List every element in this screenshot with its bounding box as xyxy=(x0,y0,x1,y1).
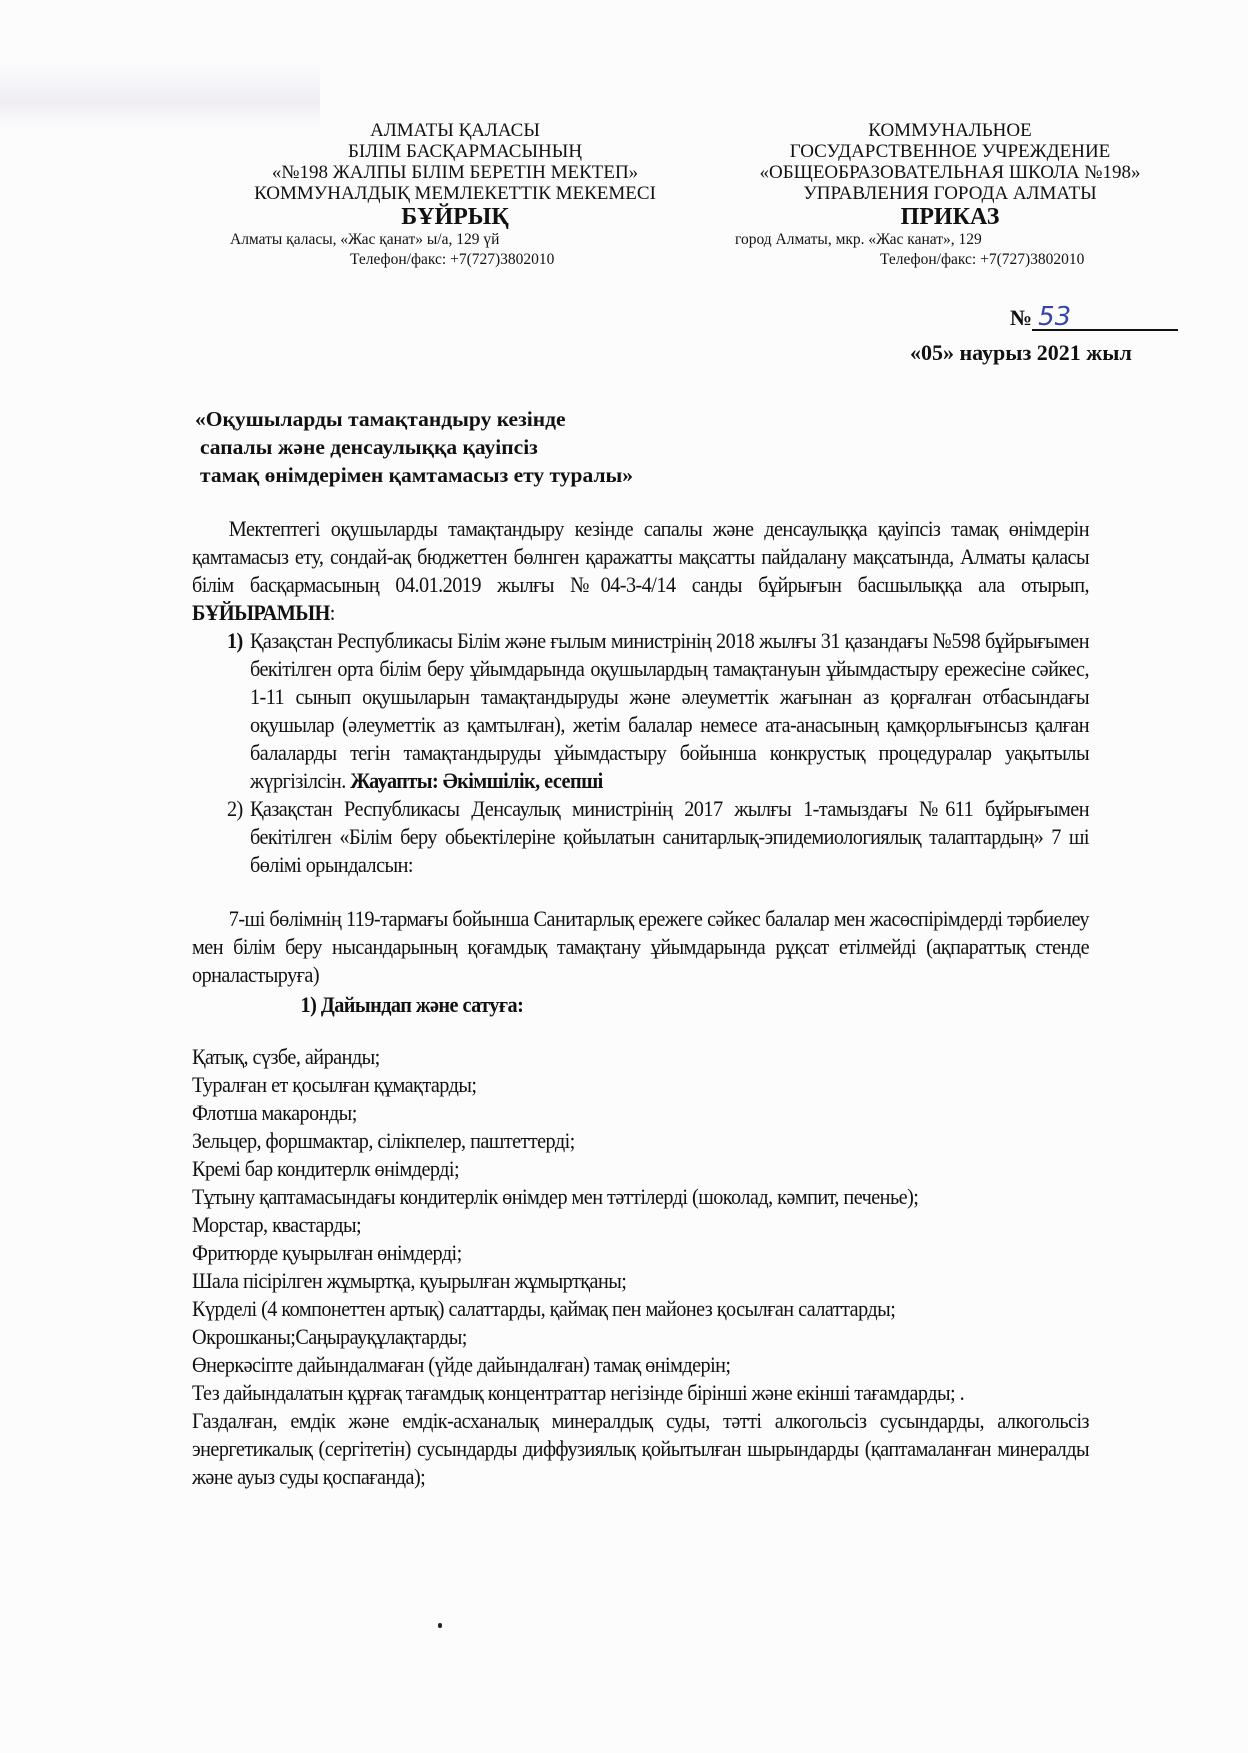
scan-speck xyxy=(438,1623,442,1628)
header-line: БІЛІМ БАСҚАРМАСЫНЫҢ xyxy=(215,141,695,162)
header-kazakh: АЛМАТЫ ҚАЛАСЫ БІЛІМ БАСҚАРМАСЫНЫҢ «№198 … xyxy=(215,120,695,270)
list-item: Тұтыну қаптамасындағы кондитерлік өнімде… xyxy=(192,1183,1089,1211)
command-word: БҰЙЫРАМЫН xyxy=(192,600,330,625)
item-text: Қазақстан Республикасы Денсаулық министр… xyxy=(250,796,1089,877)
address-kz: Алматы қаласы, «Жас қанат» ы/а, 129 үй xyxy=(215,230,695,250)
list-item: Газдалған, емдік және емдік-асханалық ми… xyxy=(192,1407,1089,1491)
list-item: Окрошканы;Саңырауқұлақтарды; xyxy=(192,1323,1089,1351)
phone-ru: Телефон/факс: +7(727)3802010 xyxy=(730,250,1170,270)
list-item: Күрделі (4 компонеттен артық) салаттарды… xyxy=(192,1295,1089,1323)
header-line: КОММУНАЛЬНОЕ xyxy=(730,120,1170,141)
list-item: Тез дайындалатын құрғақ тағамдық концент… xyxy=(192,1379,1089,1407)
list-item: Фритюрде қуырылған өнімдерді; xyxy=(192,1239,1089,1267)
address-ru: город Алматы, мкр. «Жас канат», 129 xyxy=(730,230,1170,250)
list-item: Өнеркәсіпте дайындалмаған (үйде дайындал… xyxy=(192,1351,1089,1379)
header-line: КОММУНАЛДЫҚ МЕМЛЕКЕТТІК МЕКЕМЕСІ xyxy=(215,183,695,204)
list-item: Шала пісірілген жұмыртқа, қуырылған жұмы… xyxy=(192,1267,1089,1295)
order-item-2: 2)Қазақстан Республикасы Денсаулық минис… xyxy=(192,795,1089,879)
sub-heading: 1) Дайындап және сатуға: xyxy=(192,991,1089,1019)
item-number: 1) xyxy=(227,627,243,655)
list-item: Морстар, квастарды; xyxy=(192,1211,1089,1239)
order-word-kz: БҰЙРЫҚ xyxy=(215,204,695,230)
list-item: Туралған ет қосылған құмақтарды; xyxy=(192,1071,1089,1099)
number-label: № xyxy=(1010,305,1032,330)
list-item: Кремі бар кондитерлк өнімдерді; xyxy=(192,1155,1089,1183)
header-line: «№198 ЖАЛПЫ БІЛІМ БЕРЕТІН МЕКТЕП» xyxy=(215,162,695,183)
preamble: Мектептегі оқушыларды тамақтандыру кезін… xyxy=(192,515,1089,627)
header-line: УПРАВЛЕНИЯ ГОРОДА АЛМАТЫ xyxy=(730,183,1170,204)
item-number: 2) xyxy=(227,795,243,823)
phone-kz: Телефон/факс: +7(727)3802010 xyxy=(215,250,695,270)
handwritten-number: 53 xyxy=(1032,305,1178,331)
list-item: Қатық, сүзбе, айранды; xyxy=(192,1043,1089,1071)
header-line: «ОБЩЕОБРАЗОВАТЕЛЬНАЯ ШКОЛА №198» xyxy=(730,162,1170,183)
responsible: Жауапты: Әкімшілік, есепші xyxy=(350,768,602,793)
document-body: Мектептегі оқушыларды тамақтандыру кезін… xyxy=(192,515,1089,1491)
document-title: «Оқушыларды тамақтандыру кезінде сапалы … xyxy=(195,405,755,489)
header-russian: КОММУНАЛЬНОЕ ГОСУДАРСТВЕННОЕ УЧРЕЖДЕНИЕ … xyxy=(730,120,1170,270)
document-page: АЛМАТЫ ҚАЛАСЫ БІЛІМ БАСҚАРМАСЫНЫҢ «№198 … xyxy=(0,0,1248,1753)
title-line: сапалы және денсаулыққа қауіпсіз xyxy=(195,433,755,461)
order-number: №53 xyxy=(1010,305,1178,331)
header-line: ГОСУДАРСТВЕННОЕ УЧРЕЖДЕНИЕ xyxy=(730,141,1170,162)
title-line: тамақ өнімдерімен қамтамасыз ету туралы» xyxy=(195,461,755,489)
order-item-1: 1)Қазақстан Республикасы Білім және ғылы… xyxy=(192,627,1089,795)
header-line: АЛМАТЫ ҚАЛАСЫ xyxy=(215,120,695,141)
punct: : xyxy=(330,600,335,625)
section7-text: 7-ші бөлімнің 119-тармағы бойынша Санита… xyxy=(192,905,1089,989)
title-line: «Оқушыларды тамақтандыру кезінде xyxy=(195,405,755,433)
list-item: Флотша макаронды; xyxy=(192,1099,1089,1127)
order-date: «05» наурыз 2021 жыл xyxy=(910,340,1132,366)
order-word-ru: ПРИКАЗ xyxy=(730,204,1170,230)
preamble-text: Мектептегі оқушыларды тамақтандыру кезін… xyxy=(192,516,1089,597)
prohibited-items-list: Қатық, сүзбе, айранды; Туралған ет қосыл… xyxy=(192,1043,1089,1491)
list-item: Зельцер, форшмактар, сілікпелер, паштетт… xyxy=(192,1127,1089,1155)
